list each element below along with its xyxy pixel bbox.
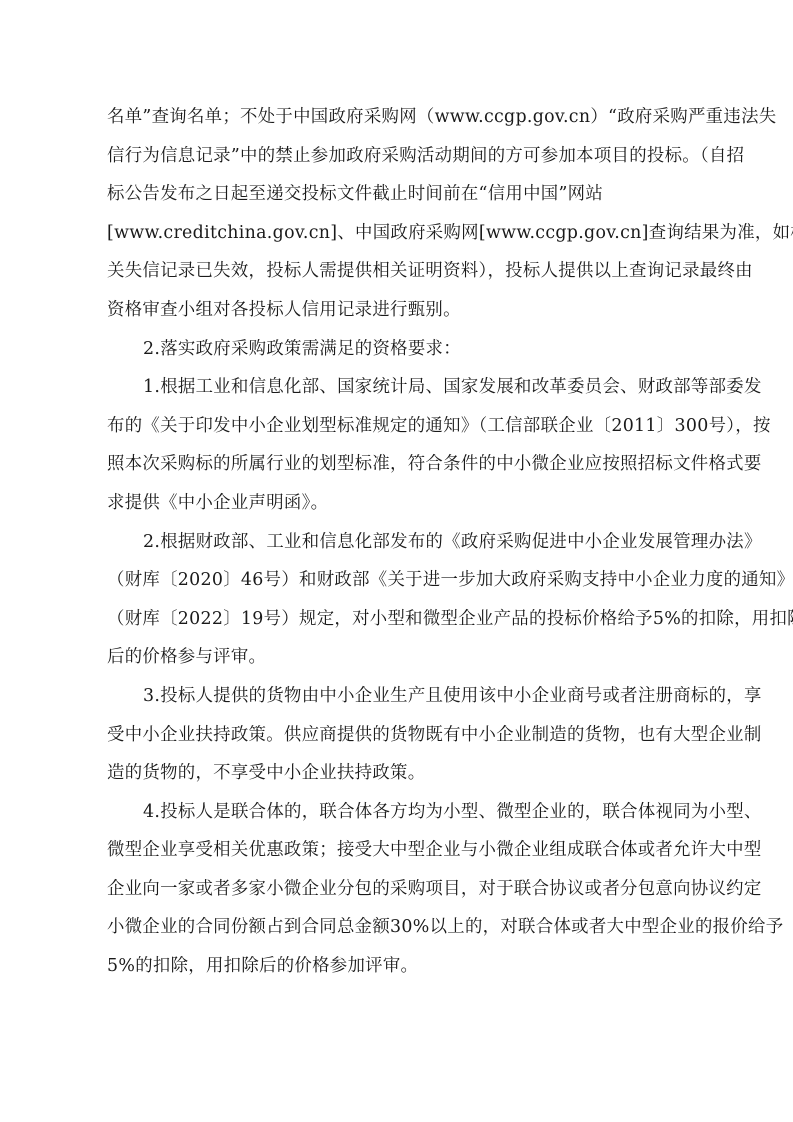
paragraph-item-1-sme-classification: 1.根据工业和信息化部、国家统计局、国家发展和改革委员会、财政部等部委发 布的《… bbox=[107, 368, 691, 522]
text-line: 5%的扣除，用扣除后的价格参加评审。 bbox=[107, 947, 691, 986]
text-line: 2.根据财政部、工业和信息化部发布的《政府采购促进中小企业发展管理办法》 bbox=[107, 523, 691, 562]
paragraph-item-4-consortium: 4.投标人是联合体的，联合体各方均为小型、微型企业的，联合体视同为小型、 微型企… bbox=[107, 793, 691, 986]
text-line: 信行为信息记录”中的禁止参加政府采购活动期间的方可参加本项目的投标。（自招 bbox=[107, 137, 691, 176]
document-page: 名单”查询名单；不处于中国政府采购网（www.ccgp.gov.cn）“政府采购… bbox=[0, 0, 793, 1122]
text-line: 3.投标人提供的货物由中小企业生产且使用该中小企业商号或者注册商标的，享 bbox=[107, 677, 691, 716]
text-line: （财库〔2020〕46号）和财政部《关于进一步加大政府采购支持中小企业力度的通知… bbox=[107, 561, 691, 600]
paragraph-item-3-goods-policy: 3.投标人提供的货物由中小企业生产且使用该中小企业商号或者注册商标的，享 受中小… bbox=[107, 677, 691, 793]
text-line: 布的《关于印发中小企业划型标准规定的通知》（工信部联企业〔2011〕300号），… bbox=[107, 407, 691, 446]
text-line: 企业向一家或者多家小微企业分包的采购项目，对于联合协议或者分包意向协议约定 bbox=[107, 870, 691, 909]
text-line: 后的价格参与评审。 bbox=[107, 638, 691, 677]
text-line: 关失信记录已失效，投标人需提供相关证明资料），投标人提供以上查询记录最终由 bbox=[107, 252, 691, 291]
section-heading-policy-requirements: 2.落实政府采购政策需满足的资格要求： bbox=[107, 330, 691, 369]
text-line: 资格审查小组对各投标人信用记录进行甄别。 bbox=[107, 291, 691, 330]
text-line: （财库〔2022〕19号）规定，对小型和微型企业产品的投标价格给予5%的扣除，用… bbox=[107, 600, 691, 639]
text-line: [www.creditchina.gov.cn]、中国政府采购网[www.ccg… bbox=[107, 214, 691, 253]
text-line: 名单”查询名单；不处于中国政府采购网（www.ccgp.gov.cn）“政府采购… bbox=[107, 98, 691, 137]
text-line: 造的货物的，不享受中小企业扶持政策。 bbox=[107, 754, 691, 793]
paragraph-item-2-price-deduction: 2.根据财政部、工业和信息化部发布的《政府采购促进中小企业发展管理办法》 （财库… bbox=[107, 523, 691, 677]
paragraph-credit-record-check: 名单”查询名单；不处于中国政府采购网（www.ccgp.gov.cn）“政府采购… bbox=[107, 98, 691, 330]
document-body: 名单”查询名单；不处于中国政府采购网（www.ccgp.gov.cn）“政府采购… bbox=[107, 98, 691, 986]
text-line: 受中小企业扶持政策。供应商提供的货物既有中小企业制造的货物，也有大型企业制 bbox=[107, 716, 691, 755]
text-line: 微型企业享受相关优惠政策；接受大中型企业与小微企业组成联合体或者允许大中型 bbox=[107, 831, 691, 870]
text-line: 照本次采购标的所属行业的划型标准，符合条件的中小微企业应按照招标文件格式要 bbox=[107, 445, 691, 484]
text-line: 求提供《中小企业声明函》。 bbox=[107, 484, 691, 523]
text-line: 小微企业的合同份额占到合同总金额30%以上的，对联合体或者大中型企业的报价给予 bbox=[107, 908, 691, 947]
text-line: 2.落实政府采购政策需满足的资格要求： bbox=[107, 330, 691, 369]
text-line: 标公告发布之日起至递交投标文件截止时间前在“信用中国”网站 bbox=[107, 175, 691, 214]
text-line: 4.投标人是联合体的，联合体各方均为小型、微型企业的，联合体视同为小型、 bbox=[107, 793, 691, 832]
text-line: 1.根据工业和信息化部、国家统计局、国家发展和改革委员会、财政部等部委发 bbox=[107, 368, 691, 407]
